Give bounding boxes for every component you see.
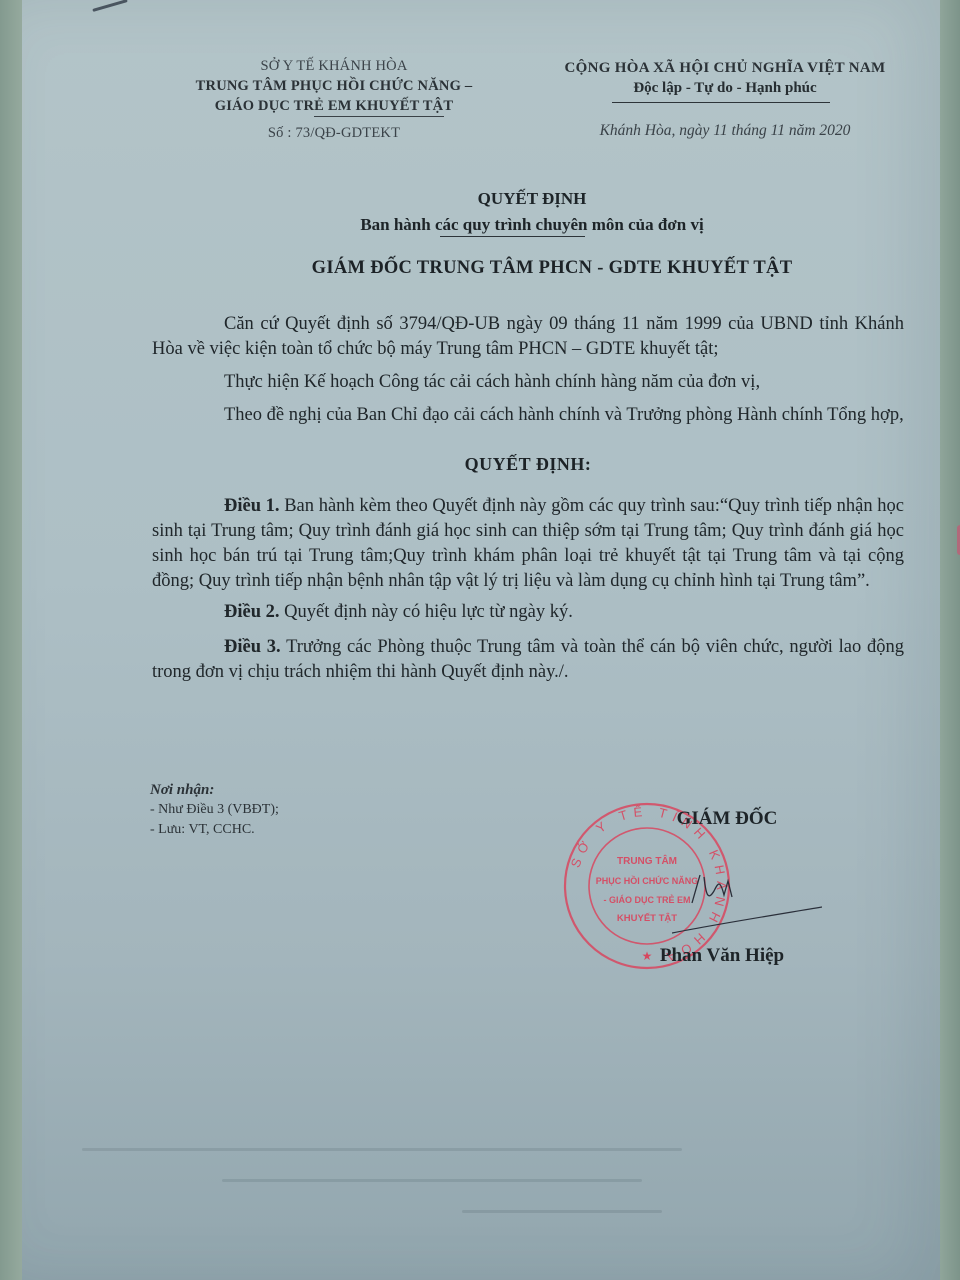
issuing-authority: GIÁM ĐỐC TRUNG TÂM PHCN - GDTE KHUYẾT TẬ… (162, 258, 942, 279)
parent-agency: SỞ Y TẾ KHÁNH HÒA (164, 56, 504, 76)
pen-mark (92, 0, 127, 12)
article-2: Điều 2. Quyết định này có hiệu lực từ ng… (152, 600, 904, 625)
preamble: Căn cứ Quyết định số 3794/QĐ-UB ngày 09 … (152, 312, 904, 434)
national-header: CỘNG HÒA XÃ HỘI CHỦ NGHĨA VIỆT NAM Độc l… (530, 58, 920, 141)
article-label: Điều 3. (224, 637, 281, 657)
document-title-block: QUYẾT ĐỊNH Ban hành các quy trình chuyên… (222, 186, 842, 237)
background-left-edge (0, 0, 24, 1280)
stamp-line: TRUNG TÂM (617, 854, 677, 867)
background-right-edge (940, 0, 960, 1280)
agency-name-line2: GIÁO DỤC TRẺ EM KHUYẾT TẬT (164, 96, 504, 116)
articles: Điều 1. Ban hành kèm theo Quyết định này… (152, 494, 904, 691)
document-number: Số : 73/QĐ-GDTEKT (164, 123, 504, 143)
document-page: SỞ Y TẾ KHÁNH HÒA TRUNG TÂM PHỤC HỒI CHỨ… (22, 0, 940, 1280)
signer-name: Phan Văn Hiệp (622, 945, 822, 967)
article-text: Quyết định này có hiệu lực từ ngày ký. (280, 602, 573, 622)
motto-underline (612, 102, 830, 103)
decision-heading: QUYẾT ĐỊNH: (152, 454, 904, 475)
signer-position: GIÁM ĐỐC (642, 808, 812, 830)
issuing-agency-header: SỞ Y TẾ KHÁNH HÒA TRUNG TÂM PHỤC HỒI CHỨ… (164, 56, 504, 143)
document-title: QUYẾT ĐỊNH (222, 186, 842, 212)
national-title: CỘNG HÒA XÃ HỘI CHỦ NGHĨA VIỆT NAM (530, 58, 920, 78)
preamble-paragraph: Thực hiện Kế hoạch Công tác cải cách hàn… (152, 370, 904, 395)
preamble-paragraph: Theo đề nghị của Ban Chỉ đạo cải cách hà… (152, 403, 904, 428)
recipient-item: - Như Điều 3 (VBĐT); (150, 800, 450, 820)
show-through-text (22, 1120, 940, 1280)
document-subtitle: Ban hành các quy trình chuyên môn của đơ… (222, 212, 842, 238)
stamp-line: KHUYẾT TẬT (617, 912, 677, 924)
handwritten-signature (672, 855, 822, 935)
place-date: Khánh Hòa, ngày 11 tháng 11 năm 2020 (530, 121, 920, 141)
recipients-block: Nơi nhận: - Như Điều 3 (VBĐT); - Lưu: VT… (150, 780, 450, 840)
agency-name-line1: TRUNG TÂM PHỤC HỒI CHỨC NĂNG – (164, 76, 504, 96)
header-underline (314, 116, 444, 117)
article-3: Điều 3. Trưởng các Phòng thuộc Trung tâm… (152, 635, 904, 685)
article-label: Điều 2. (224, 602, 280, 622)
preamble-paragraph: Căn cứ Quyết định số 3794/QĐ-UB ngày 09 … (152, 312, 904, 362)
article-label: Điều 1. (224, 496, 280, 516)
national-motto: Độc lập - Tự do - Hạnh phúc (530, 78, 920, 98)
recipients-title: Nơi nhận: (150, 780, 450, 800)
recipient-item: - Lưu: VT, CCHC. (150, 820, 450, 840)
article-1: Điều 1. Ban hành kèm theo Quyết định này… (152, 494, 904, 594)
